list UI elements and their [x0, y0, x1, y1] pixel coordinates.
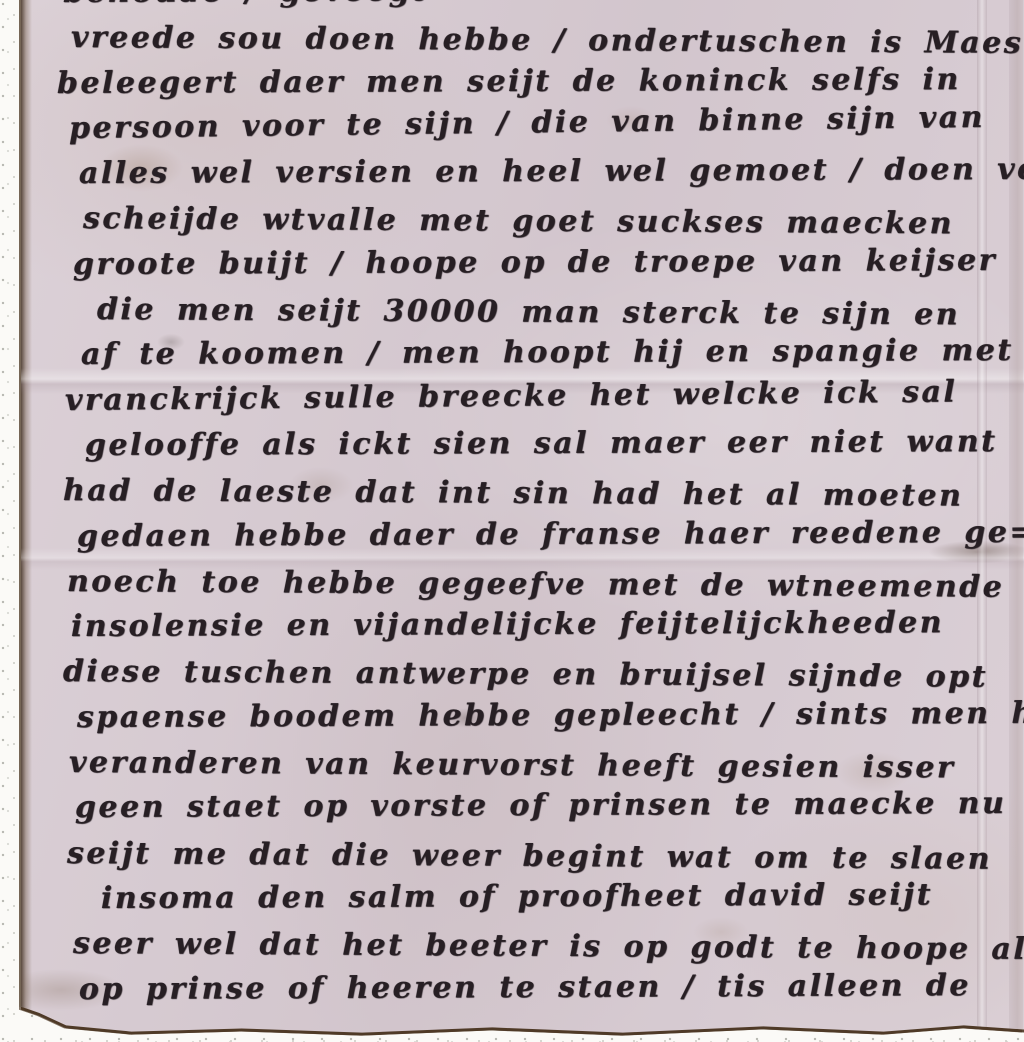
- manuscript-line: behoude / gevoegt: [63, 0, 1024, 15]
- manuscript-line: groote buijt / hoope op de troepe van ke…: [73, 238, 1024, 287]
- manuscript-line: geen staet op vorste of prinsen te maeck…: [75, 781, 1024, 830]
- manuscript-line: gedaen hebbe daer de franse haer reedene…: [77, 509, 1024, 558]
- manuscript-line: insolensie en vijandelijcke feijtelijckh…: [71, 600, 1024, 649]
- manuscript-line: op prinse of heeren te staen / tis allee…: [79, 962, 1024, 1011]
- manuscript-line: insoma den salm of proofheet david seijt: [101, 872, 1024, 921]
- manuscript-line: spaense boodem hebbe gepleecht / sints m…: [77, 691, 1024, 740]
- manuscript-line: alles wel versien en heel wel gemoet / d…: [79, 147, 1024, 196]
- manuscript-line: gelooffe als ickt sien sal maer eer niet…: [85, 419, 1024, 468]
- manuscript-line: vranckrijck sulle breecke het welcke ick…: [65, 368, 1024, 423]
- scanner-background: behoude / gevoegt vreede sou doen hebbe …: [0, 0, 1024, 1042]
- manuscript-page: behoude / gevoegt vreede sou doen hebbe …: [21, 0, 1024, 1042]
- paper-edge: behoude / gevoegt vreede sou doen hebbe …: [0, 0, 1024, 1042]
- manuscript-text: behoude / gevoegt vreede sou doen hebbe …: [55, 0, 1024, 1012]
